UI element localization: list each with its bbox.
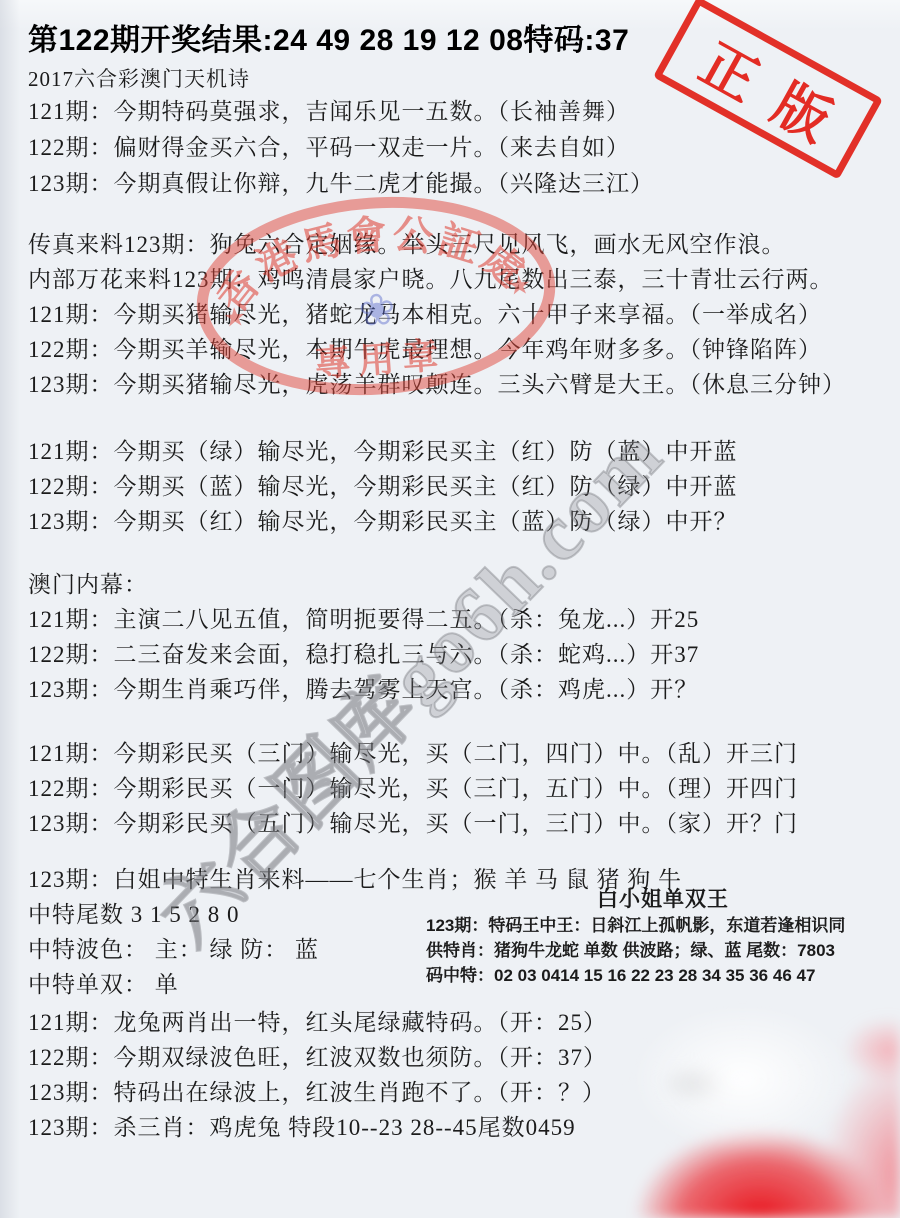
miss-bai-line: 码中特：02 03 0414 15 16 22 23 28 34 35 36 4… — [426, 963, 900, 988]
baijie-columns: 中特尾数 3 1 5 2 8 0 中特波色： 主： 绿 防： 蓝 中特单双： 单… — [28, 897, 896, 1003]
miss-bai-line: 123期：特码王中王：日斜江上孤帆影，东道若逢相识同 — [426, 913, 900, 938]
tianji-line: 121期：今期特码莫强求，吉闻乐见一五数。（长袖善舞） — [28, 94, 896, 130]
tianji-line: 122期：偏财得金买六合，平码一双走一片。（来去自如） — [28, 130, 896, 166]
door-tip-line: 122期：今期彩民买（一门）输尽光，买（三门，五门）中。（理）开四门 — [28, 771, 896, 806]
wave-tip-line: 121期：龙兔两肖出一特，红头尾绿藏特码。（开：25） — [28, 1005, 896, 1040]
door-tip-line: 121期：今期彩民买（三门）输尽光，买（二门，四门）中。（乱）开三门 — [28, 736, 896, 771]
sheet-content: 第122期开奖结果:24 49 28 19 12 08特码:37 2017六合彩… — [28, 0, 896, 1145]
neimu-line: 123期：今期生肖乘巧伴，腾去驾雾上天宫。（杀：鸡虎...）开？ — [28, 672, 896, 707]
neimu-heading: 澳门内幕： — [28, 567, 896, 602]
section-door-tips: 121期：今期彩民买（三门）输尽光，买（二门，四门）中。（乱）开三门 122期：… — [28, 736, 896, 841]
door-tip-line: 123期：今期彩民买（五门）输尽光，买（一门，三门）中。（家）开？门 — [28, 806, 896, 841]
section-macau-insider: 澳门内幕： 121期：主演二八见五值，简明扼要得二五。（杀：兔龙...）开25 … — [28, 567, 896, 707]
tip-line: 122期：今期买羊输尽光，本期牛虎最理想。今年鸡年财多多。（钟锋陷阵） — [28, 332, 896, 367]
tianji-heading: 2017六合彩澳门天机诗 — [28, 64, 896, 94]
tip-line: 内部万花来料123期：鸡鸣清晨家户晓。八九尾数出三泰，三十青壮云行两。 — [28, 262, 896, 297]
tianji-line: 123期：今期真假让你辩，九牛二虎才能撮。（兴隆达三江） — [28, 166, 896, 202]
lottery-tip-sheet: 第122期开奖结果:24 49 28 19 12 08特码:37 2017六合彩… — [0, 0, 900, 1218]
miss-bai-box: 白小姐单双王 123期：特码王中王：日斜江上孤帆影，东道若逢相识同 供特肖：猪狗… — [426, 887, 900, 988]
section-wave-tips: 121期：龙兔两肖出一特，红头尾绿藏特码。（开：25） 122期：今期双绿波色旺… — [28, 1005, 896, 1145]
page-title: 第122期开奖结果:24 49 28 19 12 08特码:37 — [28, 22, 896, 60]
color-tip-line: 123期：今期买（红）输尽光，今期彩民买主（蓝）防（绿）中开？ — [28, 504, 896, 539]
neimu-line: 121期：主演二八见五值，简明扼要得二五。（杀：兔龙...）开25 — [28, 602, 896, 637]
wave-tip-line: 123期：杀三肖：鸡虎兔 特段10--23 28--45尾数0459 — [28, 1110, 896, 1145]
tip-line: 121期：今期买猪输尽光，猪蛇龙马本相克。六十甲子来享福。（一举成名） — [28, 297, 896, 332]
miss-bai-line: 供特肖：猪狗牛龙蛇 单数 供波路；绿、蓝 尾数：7803 — [426, 938, 900, 963]
section-tianji-poems: 2017六合彩澳门天机诗 121期：今期特码莫强求，吉闻乐见一五数。（长袖善舞）… — [28, 64, 896, 202]
color-tip-line: 122期：今期买（蓝）输尽光，今期彩民买主（红）防（绿）中开蓝 — [28, 469, 896, 504]
wave-tip-line: 123期：特码出在绿波上，红波生肖跑不了。（开：？） — [28, 1075, 896, 1110]
color-tip-line: 121期：今期买（绿）输尽光，今期彩民买主（红）防（蓝）中开蓝 — [28, 434, 896, 469]
tip-line: 123期：今期买猪输尽光，虎荡羊群叹颠连。三头六臂是大王。（休息三分钟） — [28, 367, 896, 402]
neimu-line: 122期：二三奋发来会面，稳打稳扎三与六。（杀：蛇鸡...）开37 — [28, 637, 896, 672]
tip-line: 传真来料123期：狗兔六合定姻缘。举头三尺见风飞，画水无风空作浪。 — [28, 227, 896, 262]
wave-tip-line: 122期：今期双绿波色旺，红波双数也须防。（开：37） — [28, 1040, 896, 1075]
section-incoming-tips: 传真来料123期：狗兔六合定姻缘。举头三尺见风飞，画水无风空作浪。 内部万花来料… — [28, 227, 896, 402]
section-baijie: 123期：白姐中特生肖来料——七个生肖；猴 羊 马 鼠 猪 狗 牛 中特尾数 3… — [28, 862, 896, 1003]
section-color-tips: 121期：今期买（绿）输尽光，今期彩民买主（红）防（蓝）中开蓝 122期：今期买… — [28, 434, 896, 539]
miss-bai-title: 白小姐单双王 — [426, 887, 900, 913]
